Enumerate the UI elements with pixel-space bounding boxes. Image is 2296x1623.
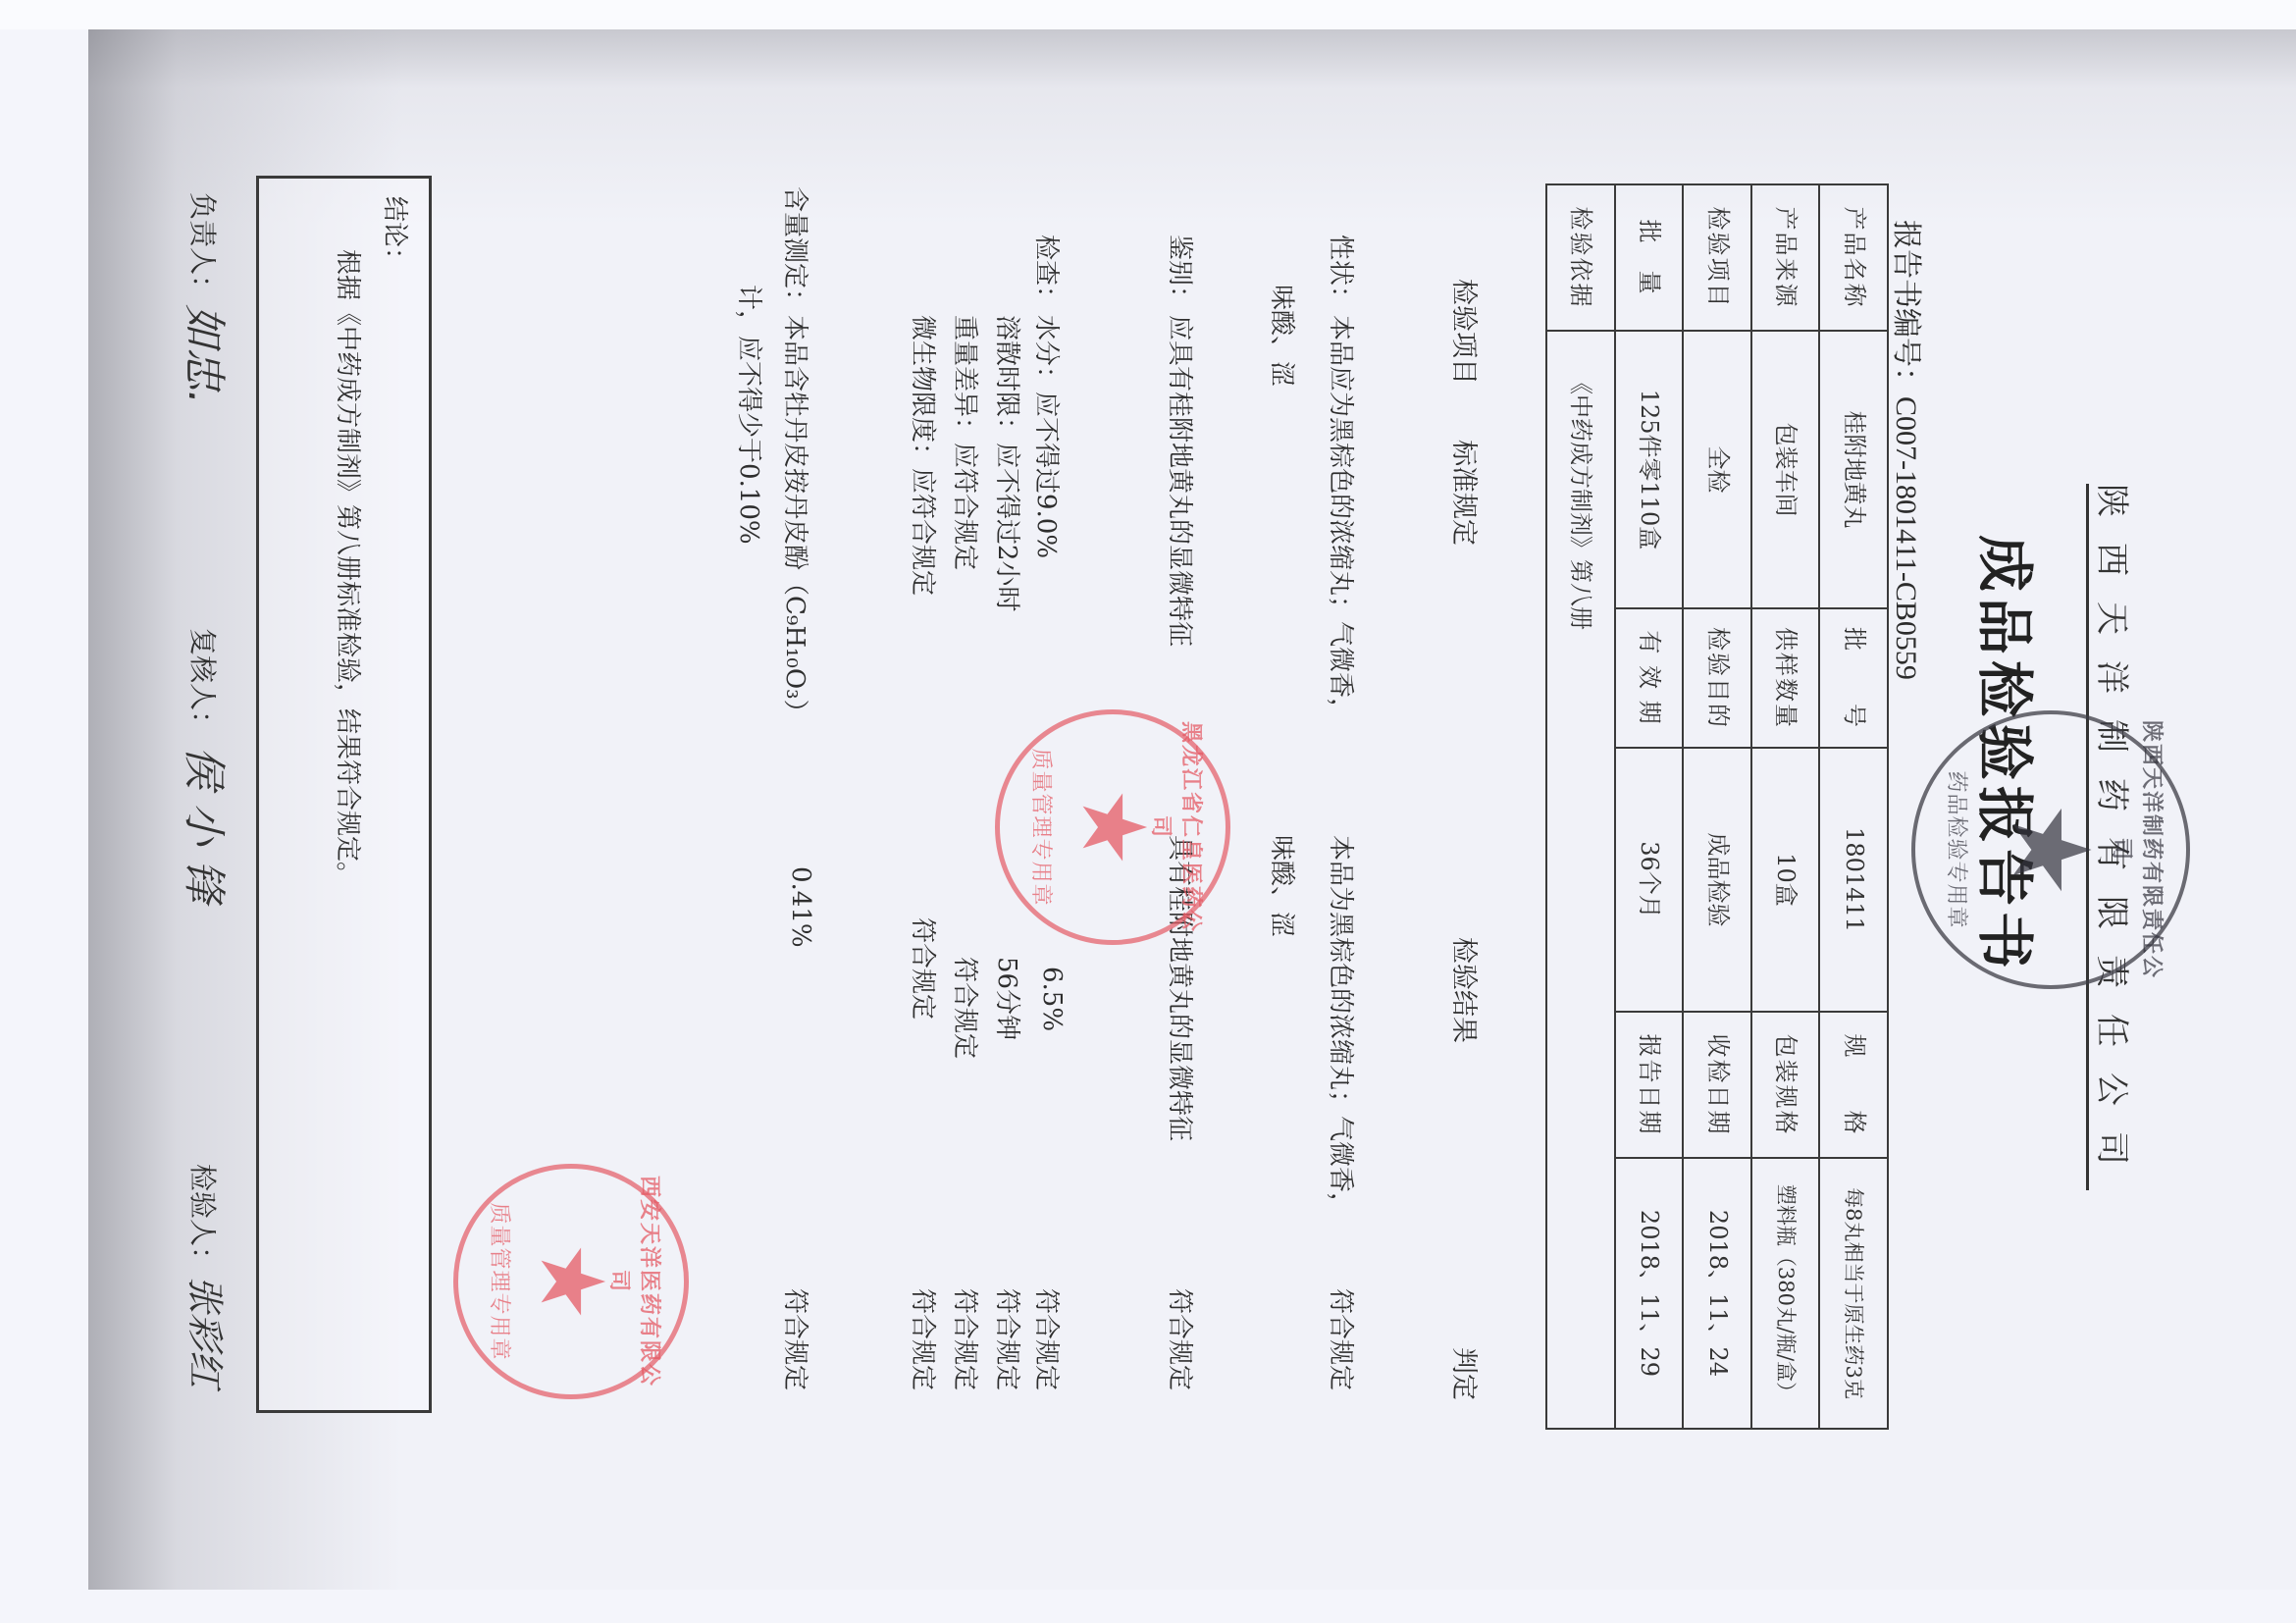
table-row: 产品来源 包装车间 供样数量 10盒 包装规格 塑料瓶（380丸/瓶/盒） xyxy=(1751,184,1820,1429)
reviewer-label: 复核人： xyxy=(184,628,224,738)
stamp-subtext: 质量管理专用章 xyxy=(486,1169,516,1394)
batch-size-label: 批 量 xyxy=(1615,184,1684,331)
stamp-subtext: 质量管理专用章 xyxy=(1027,714,1058,940)
inspector-label: 检验人： xyxy=(184,1164,224,1274)
inspection-report-document: 陕西天洋制药有限责任公司 成品检验报告书 报告书编号：C007-1801411-… xyxy=(0,0,2296,1623)
test-purpose-value: 成品检验 xyxy=(1683,748,1751,1012)
report-number-label: 报告书编号： xyxy=(1889,220,1923,396)
product-info-table: 产品名称 桂附地黄丸 批 号 1801411 规 格 每8丸相当于原生药3克 产… xyxy=(1545,183,1889,1430)
receiver-quality-stamp: 黑龙江省仁皇医药公司 ★ 质量管理专用章 xyxy=(995,709,1230,945)
weight-variation-standard: 重量差异：应符合规定 xyxy=(949,315,985,570)
sample-qty-value: 10盒 xyxy=(1751,748,1820,1012)
microbial-limit-result: 符合规定 xyxy=(907,917,943,1020)
distributor-quality-stamp: 西安天洋医药有限公司 ★ 质量管理专用章 xyxy=(453,1164,689,1399)
reviewer-signature: 侯 小 锋 xyxy=(177,746,239,903)
star-icon: ★ xyxy=(1069,788,1157,867)
appearance-result-cont: 味酸、涩 xyxy=(1266,835,1302,937)
appearance-standard: 本品应为黑棕色的浓缩丸；气微香， xyxy=(1325,315,1361,723)
weight-variation-verdict: 符合规定 xyxy=(949,1288,985,1390)
identification-standard: 应具有桂附地黄丸的显微特征 xyxy=(1164,315,1200,647)
product-source-value: 包装车间 xyxy=(1751,331,1820,608)
batch-size-value: 125件零110盒 xyxy=(1615,331,1684,608)
conclusion-label: 结论： xyxy=(379,196,415,273)
assay-verdict: 符合规定 xyxy=(779,1288,815,1390)
responsible-label: 负责人： xyxy=(184,192,224,302)
stamp-text: 陕西天洋制药有限责任公司 xyxy=(2108,714,2168,985)
column-heading-verdict: 判定 xyxy=(1447,1347,1486,1400)
table-row: 批 量 125件零110盒 有 效 期 36个月 报告日期 2018、11、29 xyxy=(1615,184,1684,1429)
product-name-label: 产品名称 xyxy=(1819,184,1888,331)
column-heading-standard: 标准规定 xyxy=(1447,440,1486,546)
package-spec-label: 包装规格 xyxy=(1751,1012,1820,1158)
moisture-standard: 水分：应不得过9.0% xyxy=(1030,315,1067,558)
table-row: 检验项目 全检 检验目的 成品检验 收检日期 2018、11、24 xyxy=(1683,184,1751,1429)
assay-result: 0.41% xyxy=(786,866,815,948)
disintegration-result: 56分钟 xyxy=(991,957,1027,1040)
microbial-limit-standard: 微生物限度：应符合规定 xyxy=(907,315,943,596)
assay-standard-cont: 计，应不得少于0.10% xyxy=(733,285,769,545)
conclusion-box: 结论： 根据《中药成方制剂》第八册标准检验，结果符合规定。 xyxy=(256,176,432,1413)
product-source-label: 产品来源 xyxy=(1751,184,1820,331)
conclusion-text: 根据《中药成方制剂》第八册标准检验，结果符合规定。 xyxy=(332,249,368,887)
report-date-label: 报告日期 xyxy=(1615,1012,1684,1158)
expiry-label: 有 效 期 xyxy=(1615,608,1684,748)
receive-date-value: 2018、11、24 xyxy=(1683,1158,1751,1429)
identification-verdict: 符合规定 xyxy=(1164,1288,1200,1390)
inspector-signature: 张彩红 xyxy=(182,1276,235,1387)
table-row: 检验依据 《中药成方制剂》第八册 xyxy=(1546,184,1615,1429)
test-items-label: 检验项目 xyxy=(1683,184,1751,331)
spec-label: 规 格 xyxy=(1819,1012,1888,1158)
table-row: 产品名称 桂附地黄丸 批 号 1801411 规 格 每8丸相当于原生药3克 xyxy=(1819,184,1888,1429)
stamp-subtext: 药品检验专用章 xyxy=(1943,714,1973,985)
star-icon: ★ xyxy=(527,1242,615,1322)
responsible-signature: 如忠. xyxy=(177,304,239,404)
package-spec-value: 塑料瓶（380丸/瓶/盒） xyxy=(1751,1158,1820,1429)
test-items-value: 全检 xyxy=(1683,331,1751,608)
moisture-result: 6.5% xyxy=(1037,967,1067,1031)
spec-value: 每8丸相当于原生药3克 xyxy=(1819,1158,1888,1429)
assay-label: 含量测定： xyxy=(779,186,815,314)
expiry-value: 36个月 xyxy=(1615,748,1684,1012)
report-date-value: 2018、11、29 xyxy=(1615,1158,1684,1429)
inspection-label: 检查： xyxy=(1030,235,1067,311)
appearance-verdict: 符合规定 xyxy=(1325,1288,1361,1390)
assay-standard: 本品含牡丹皮按丹皮酚（C₉H₁₀O₃） xyxy=(779,315,815,725)
disintegration-verdict: 符合规定 xyxy=(991,1288,1027,1390)
batch-no-value: 1801411 xyxy=(1819,748,1888,1012)
test-basis-value: 《中药成方制剂》第八册 xyxy=(1546,331,1615,1429)
disintegration-standard: 溶散时限：应不得过2小时 xyxy=(991,315,1027,612)
test-purpose-label: 检验目的 xyxy=(1683,608,1751,748)
batch-no-label: 批 号 xyxy=(1819,608,1888,748)
sample-qty-label: 供样数量 xyxy=(1751,608,1820,748)
stamp-text: 西安天洋医药有限公司 xyxy=(605,1169,666,1394)
report-number: 报告书编号：C007-1801411-CB0559 xyxy=(1888,220,1931,680)
appearance-label: 性状： xyxy=(1325,235,1361,311)
star-icon: ★ xyxy=(1997,802,2105,899)
appearance-standard-cont: 味酸、涩 xyxy=(1266,285,1302,387)
test-basis-label: 检验依据 xyxy=(1546,184,1615,331)
product-name-value: 桂附地黄丸 xyxy=(1819,331,1888,608)
column-heading-item: 检验项目 xyxy=(1447,279,1486,385)
microbial-limit-verdict: 符合规定 xyxy=(907,1288,943,1390)
company-inspection-stamp: 陕西天洋制药有限责任公司 ★ 药品检验专用章 xyxy=(1911,710,2190,989)
receive-date-label: 收检日期 xyxy=(1683,1012,1751,1158)
weight-variation-result: 符合规定 xyxy=(949,957,985,1059)
report-number-value: C007-1801411-CB0559 xyxy=(1890,396,1922,680)
identification-label: 鉴别： xyxy=(1164,235,1200,311)
appearance-result: 本品为黑棕色的浓缩丸；气微香， xyxy=(1325,835,1361,1218)
column-heading-result: 检验结果 xyxy=(1447,937,1486,1043)
moisture-verdict: 符合规定 xyxy=(1030,1288,1067,1390)
stamp-text: 黑龙江省仁皇医药公司 xyxy=(1147,714,1208,940)
